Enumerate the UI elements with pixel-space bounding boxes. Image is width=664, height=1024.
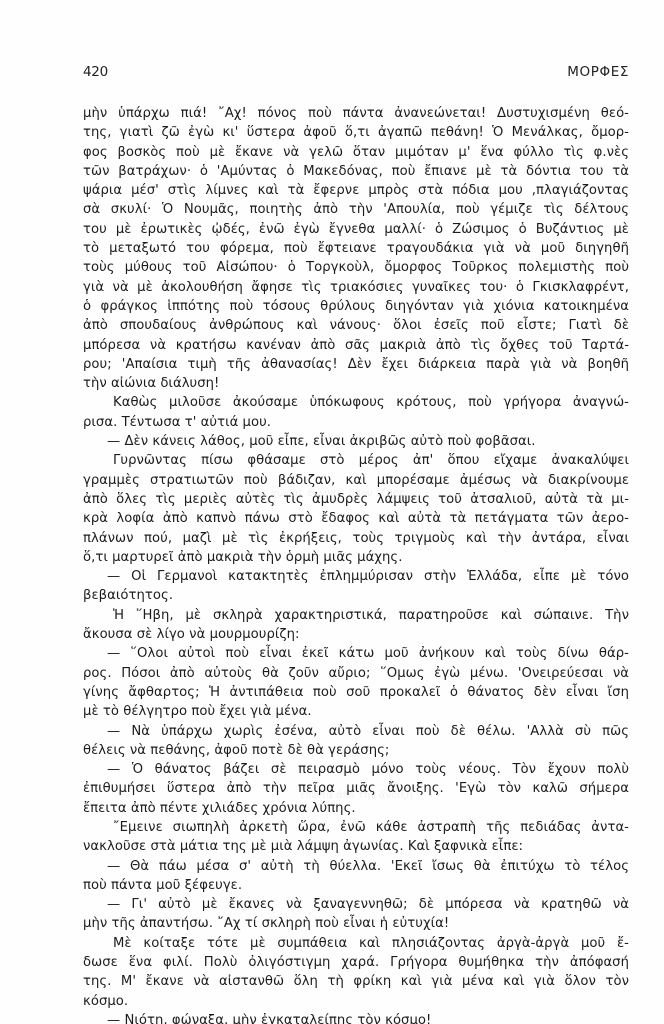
- running-header: 420 ΜΟΡΦΕΣ: [83, 64, 629, 84]
- journal-title: ΜΟΡΦΕΣ: [567, 64, 629, 80]
- text-line: μὴν τῆς ἀπαντήσω. ῎Αχ τί σκληρὴ ποὺ εἶνα…: [83, 914, 629, 933]
- text-line: ρος. Πόσοι ἀπὸ αὐτοὺς θὰ ζοῦν αὔριο; ῞Ομ…: [83, 664, 629, 683]
- text-line: γίνης ἄφθαρτος; Ἡ ἀντιπάθεια ποὺ σοῦ προ…: [83, 683, 629, 702]
- text-line: της, γιατὶ ζῶ ἐγὼ κι' ὕστερα ἀφοῦ ὅ,τι ἀ…: [83, 123, 629, 142]
- text-line: — Δὲν κάνεις λάθος, μοῦ εἶπε, εἶναι ἀκρι…: [83, 432, 629, 451]
- text-line: ὅ,τι μαρτυρεῖ ἀπὸ μακριὰ τὴν ὁρμὴ μιᾶς μ…: [83, 548, 629, 567]
- text-line: τῶν βατράχων· ὁ 'Αμύντας ὁ Μακεδόνας, πο…: [83, 162, 629, 181]
- text-line: Μὲ κοίταξε τότε μὲ συμπάθεια καὶ πλησιάζ…: [83, 934, 629, 953]
- text-line: γιὰ νὰ μὲ ἀκολουθήση ἄφησε τὶς τριακόσιε…: [83, 278, 629, 297]
- body-text: μὴν ὑπάρχω πιά! ῎Αχ! πόνος ποὺ πάντα ἀνα…: [83, 104, 629, 1024]
- text-line: ἀπὸ ὅλες τὶς μεριὲς αὐτὲς τὶς ἀμυδρὲς λά…: [83, 490, 629, 509]
- text-line: φος βοσκὸς ποὺ μὲ ἔκανε νὰ γελῶ ὅταν μιμ…: [83, 143, 629, 162]
- text-line: ἔπειτα ἀπὸ πέντε χιλιάδες χρόνια λύπης.: [83, 799, 629, 818]
- text-line: νακλοῦσε στὰ μάτια της μὲ μιὰ λάμψη ἀγων…: [83, 837, 629, 856]
- text-line: της. Μ' ἔκανε νὰ αἰστανθῶ ὅλη τὴ φρίκη κ…: [83, 972, 629, 991]
- text-line: κόσμο.: [83, 992, 629, 1011]
- text-line: — Ὁ θάνατος βάζει σὲ πειρασμὸ μόνο τοὺς …: [83, 760, 629, 779]
- text-line: δωσε ἕνα φιλί. Πολὺ ὀλιγόστιγμη χαρά. Γρ…: [83, 953, 629, 972]
- text-line: ἀπὸ σπουδαίους ἀνθρώπους καὶ νάνους· ὅλο…: [83, 316, 629, 335]
- page-number: 420: [83, 64, 108, 80]
- text-line: Γυρνῶντας πίσω φθάσαμε στὸ μέρος ἀπ' ὅπο…: [83, 451, 629, 470]
- text-line: ρισα. Τέντωσα τ' αὐτιά μου.: [83, 413, 629, 432]
- text-line: γραμμὲς στρατιωτῶν ποὺ βάδιζαν, καὶ μπορ…: [83, 471, 629, 490]
- text-line: βεβαιότητος.: [83, 586, 629, 605]
- text-line: — Νιότη, φώναξα, μὴν ἐγκαταλείπης τὸν κό…: [83, 1011, 629, 1024]
- text-line: ὁ φράγκος ἱππότης ποὺ τόσους θρύλους διη…: [83, 297, 629, 316]
- text-line: τὸ μεταξωτό του φόρεμα, ποὺ ἔφτειανε τρα…: [83, 239, 629, 258]
- text-line: Ἡ ῞Ηβη, μὲ σκληρὰ χαρακτηριστικά, παρατη…: [83, 606, 629, 625]
- text-line: τοὺς μύθους τοῦ Αἰσώπου· ὁ Τοργκοὺλ, ὄμο…: [83, 258, 629, 277]
- text-line: ἐπιθυμήσει ὕστερα ἀπὸ τὴν πεῖρα μιᾶς ἄνο…: [83, 779, 629, 798]
- scanned-page: 420 ΜΟΡΦΕΣ τῆς χώρας ἐκείνης ὅπου ἔζησε …: [0, 0, 664, 1024]
- text-line: σὰ σκυλί· Ὁ Νουμᾶς, ποιητὴς ἀπὸ τὴν 'Απο…: [83, 200, 629, 219]
- text-line: ποὺ πάντα μοῦ ξέφευγε.: [83, 876, 629, 895]
- text-line: μπόρεσα νὰ κρατήσω κανέναν ἀπὸ σᾶς μακρι…: [83, 336, 629, 355]
- text-line: του μὲ ἐρωτικὲς ᾠδές, ἐνῶ ἐγὼ ἔγνεθα μαλ…: [83, 220, 629, 239]
- text-line: μὴν ὑπάρχω πιά! ῎Αχ! πόνος ποὺ πάντα ἀνα…: [83, 104, 629, 123]
- text-line: τὴν αἰώνια διάλυση!: [83, 374, 629, 393]
- text-line: κρὰ λοφία ἀπὸ καπνὸ πάνω στὸ ἔδαφος καὶ …: [83, 509, 629, 528]
- text-line: — Γι' αὐτὸ μὲ ἔκανες νὰ ξαναγεννηθῶ; δὲ …: [83, 895, 629, 914]
- text-line: — Νὰ ὑπάρχω χωρὶς ἐσένα, αὐτὸ εἶναι ποὺ …: [83, 722, 629, 741]
- text-line: ρου; 'Απαίσια τιμὴ τῆς ἀθανασίας! Δὲν ἔχ…: [83, 355, 629, 374]
- text-line: — Οἱ Γερμανοὶ κατακτητὲς ἐπλημμύρισαν στ…: [83, 567, 629, 586]
- text-line: θέλεις νὰ πεθάνης, ἀφοῦ ποτὲ δὲ θὰ γεράσ…: [83, 741, 629, 760]
- text-line: ἄκουσα σὲ λίγο νὰ μουρμουρίζη:: [83, 625, 629, 644]
- text-line: μὲ τὸ θέλγητρο ποὺ ἔχει γιὰ μένα.: [83, 702, 629, 721]
- text-line: ῎Εμεινε σιωπηλὴ ἀρκετὴ ὥρα, ἐνῶ κάθε ἀστ…: [83, 818, 629, 837]
- text-line: Καθὼς μιλοῦσε ἀκούσαμε ὑπόκωφους κρότους…: [83, 393, 629, 412]
- text-line: ψάρια μέσ' στὶς λίμνες καὶ τὰ ἔφερνε μπρ…: [83, 181, 629, 200]
- text-line: πλάνων πού, μαζὶ μὲ τὶς ἐκρήξεις, τοὺς τ…: [83, 529, 629, 548]
- text-line: — Θὰ πάω μέσα σ' αὐτὴ τὴ θύελλα. 'Εκεῖ ἴ…: [83, 857, 629, 876]
- text-line: — ῞Ολοι αὐτοὶ ποὺ εἶναι ἐκεῖ κάτω μοῦ ἀν…: [83, 644, 629, 663]
